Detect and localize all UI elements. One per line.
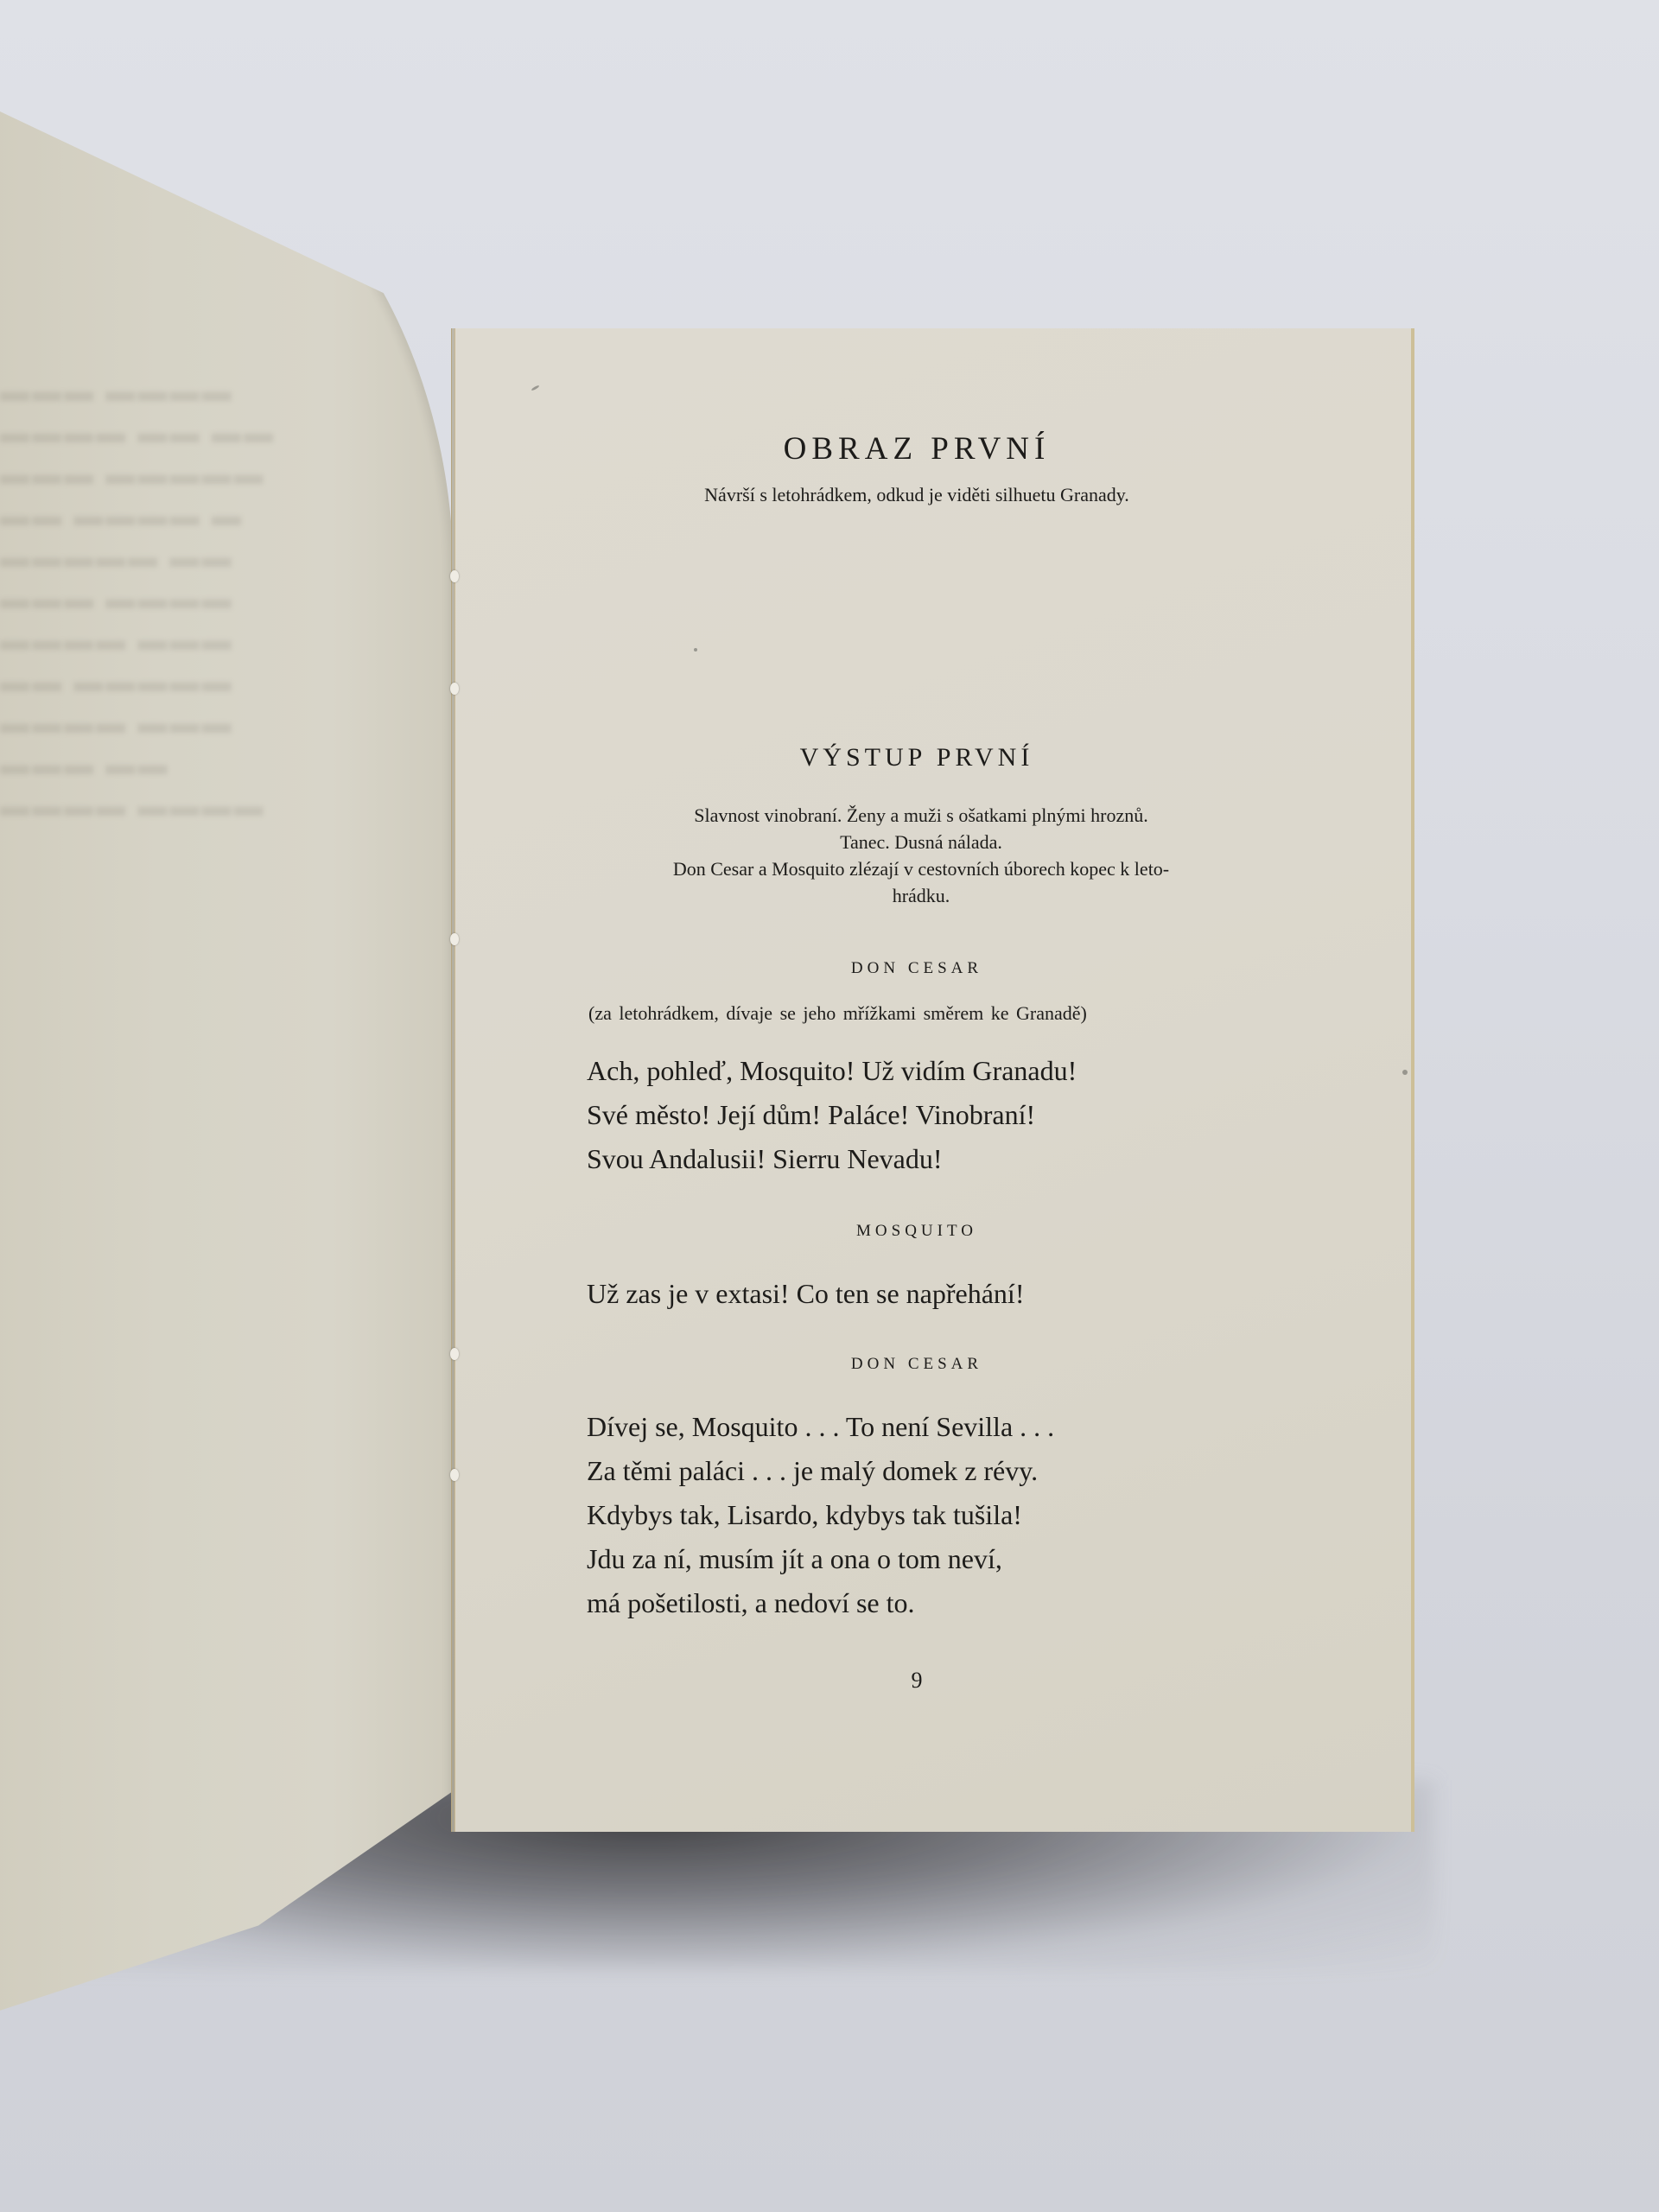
paper-speck [531,385,539,391]
verse-line: Svou Andalusii! Sierru Nevadu! [587,1137,1077,1181]
stage-direction-line: Slavnost vinobraní. Ženy a muži s ošatka… [588,802,1254,829]
speaker-direction: (za letohrádkem, dívaje se jeho mřížkami… [588,1002,1254,1025]
stage-direction-line: Tanec. Dusná nálada. [588,829,1254,855]
scene-title: VÝSTUP PRVNÍ [452,743,1382,772]
speaker-name: DON CESAR [452,959,1382,978]
stage-direction-line: Don Cesar a Mosquito zlézají v cestovníc… [588,855,1254,882]
verse-line: Ach, pohleď, Mosquito! Už vidím Granadu! [587,1049,1077,1093]
paper-speck [694,648,697,652]
right-page: OBRAZ PRVNÍ Návrší s letohrádkem, odkud … [452,328,1414,1832]
left-page: ▬▬▬ ▬▬▬▬▬▬▬▬ ▬▬ ▬▬▬▬▬ ▬▬▬▬▬▬▬ ▬▬▬▬ ▬▬▬▬▬… [0,95,454,2022]
paper-speck [1402,1070,1408,1075]
page-content: OBRAZ PRVNÍ Návrší s letohrádkem, odkud … [452,328,1411,1832]
stage-directions: Slavnost vinobraní. Ženy a muži s ošatka… [588,802,1254,909]
act-setting: Návrší s letohrádkem, odkud je viděti si… [452,484,1382,506]
verse-line: Za těmi paláci . . . je malý domek z rév… [587,1449,1054,1493]
photo-scene: ▬▬▬ ▬▬▬▬▬▬▬▬ ▬▬ ▬▬▬▬▬ ▬▬▬▬▬▬▬ ▬▬▬▬ ▬▬▬▬▬… [0,0,1659,2212]
verse-block: Už zas je v extasi! Co ten se napřehání! [587,1272,1024,1316]
show-through-text: ▬▬▬ ▬▬▬▬▬▬▬▬ ▬▬ ▬▬▬▬▬ ▬▬▬▬▬▬▬ ▬▬▬▬ ▬▬▬▬▬… [0,372,415,828]
verse-line: Své město! Její dům! Paláce! Vinobraní! [587,1093,1077,1137]
verse-line: Už zas je v extasi! Co ten se napřehání! [587,1272,1024,1316]
verse-block: Dívej se, Mosquito . . . To není Sevilla… [587,1405,1054,1625]
verse-line: Jdu za ní, musím jít a ona o tom neví, [587,1537,1054,1581]
verse-line: má pošetilosti, a nedoví se to. [587,1581,1054,1625]
verse-line: Kdybys tak, Lisardo, kdybys tak tušila! [587,1493,1054,1537]
page-number: 9 [452,1668,1382,1694]
stage-direction-line: hrádku. [588,882,1254,909]
act-title: OBRAZ PRVNÍ [452,430,1382,467]
verse-block: Ach, pohleď, Mosquito! Už vidím Granadu!… [587,1049,1077,1181]
verse-line: Dívej se, Mosquito . . . To není Sevilla… [587,1405,1054,1449]
speaker-name: MOSQUITO [452,1222,1382,1241]
speaker-name: DON CESAR [452,1355,1382,1374]
